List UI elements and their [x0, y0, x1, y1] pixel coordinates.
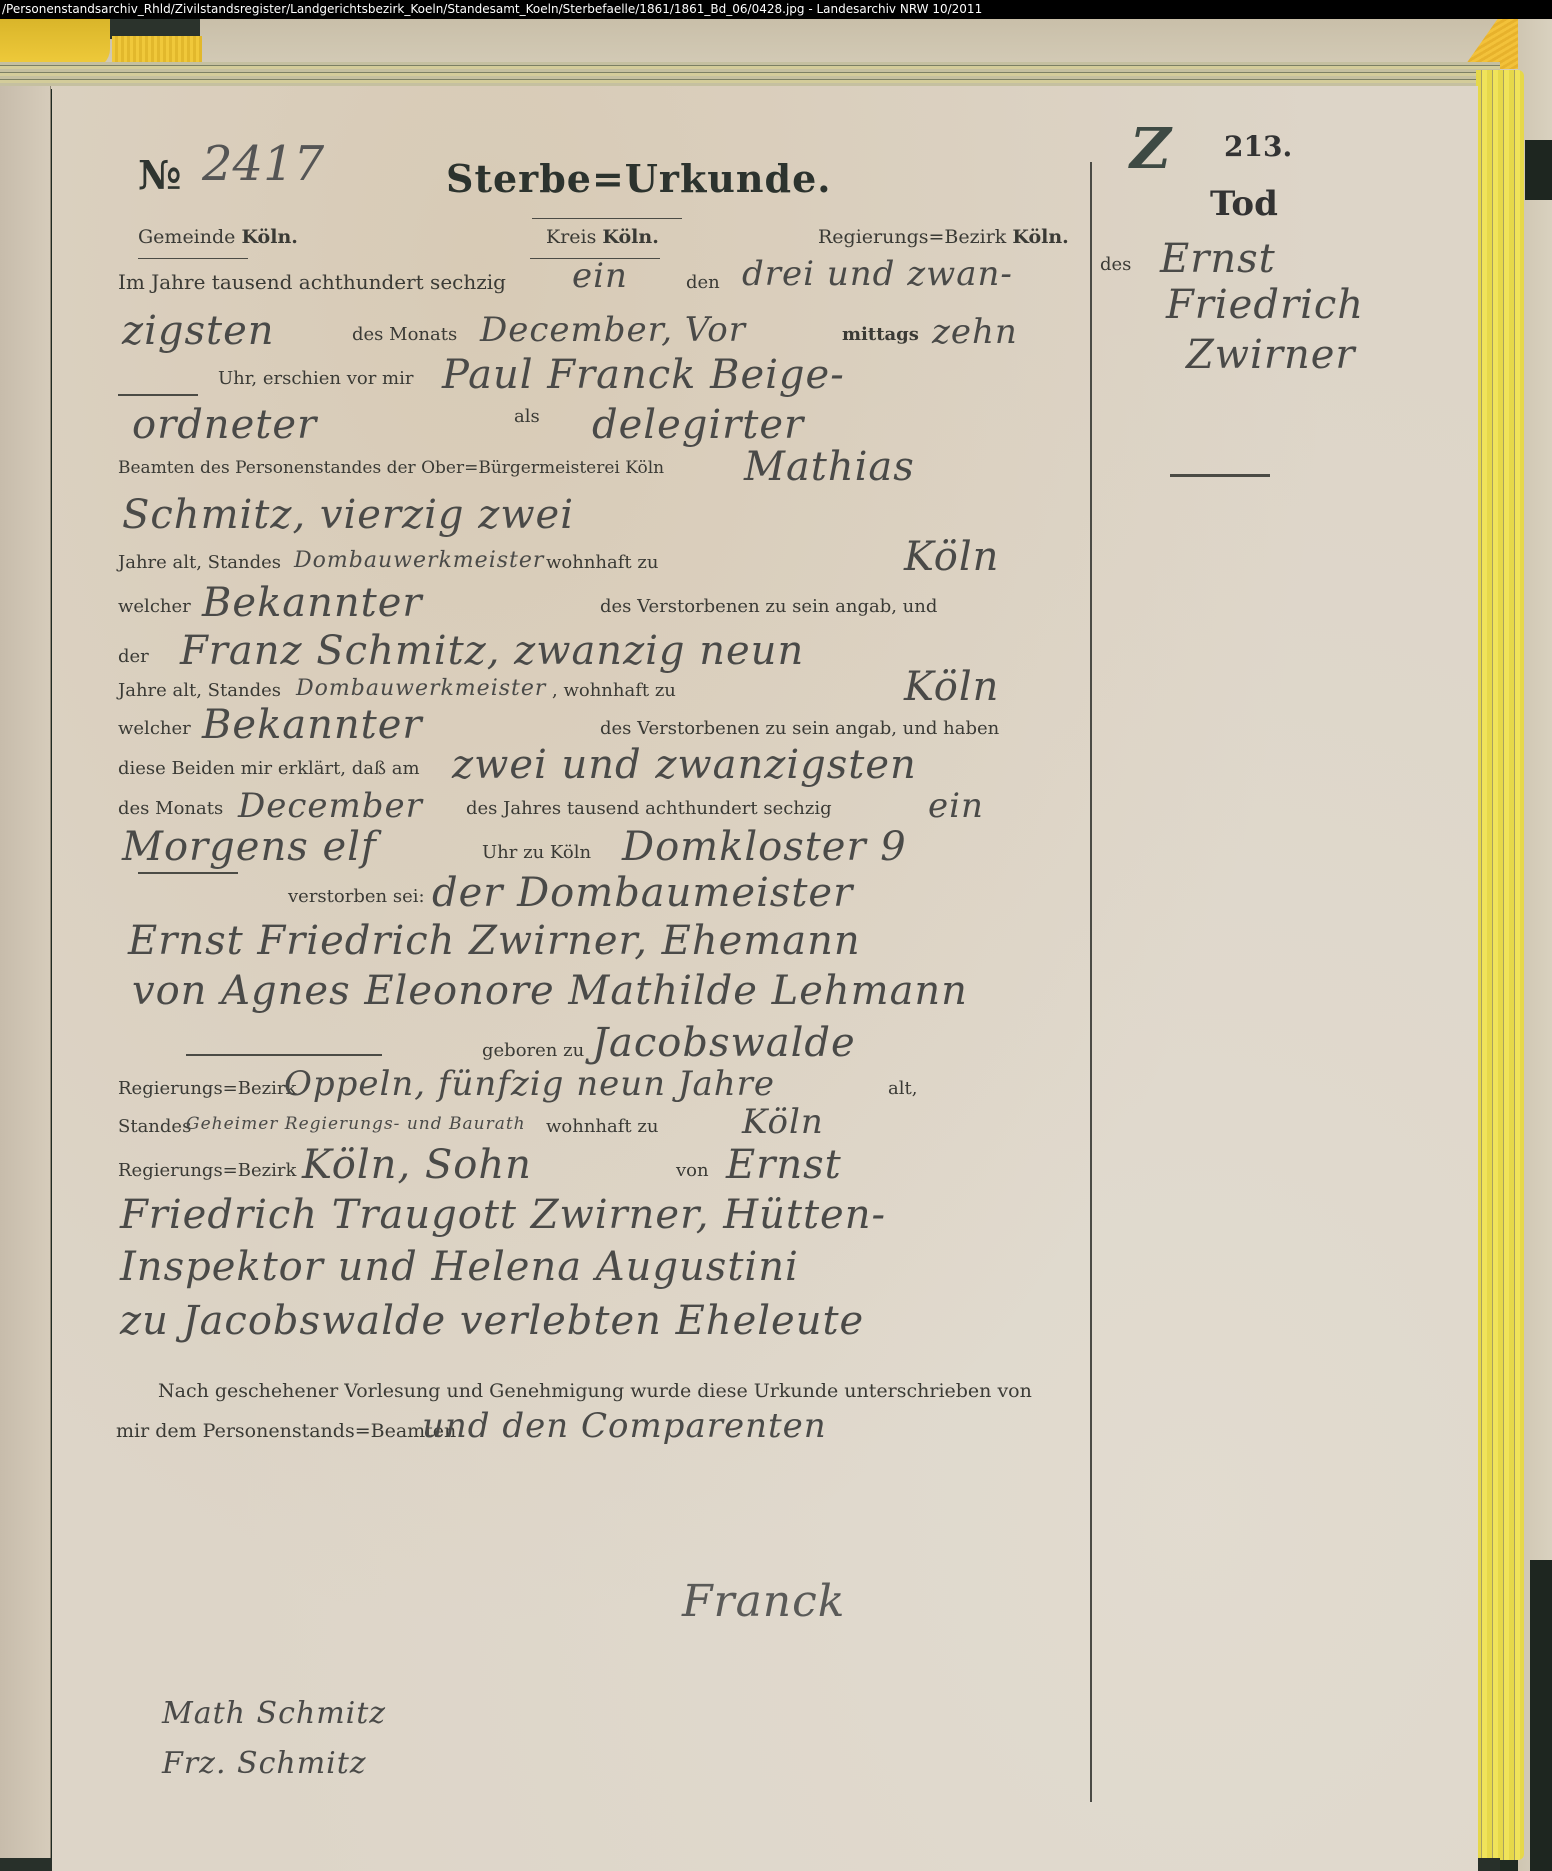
printed-text: Im Jahre tausend achthundert sechzig	[118, 270, 506, 294]
page-number: 213.	[1224, 130, 1292, 163]
document-title: Sterbe=Urkunde.	[446, 156, 832, 201]
cover-shadow-right	[1525, 140, 1552, 200]
number-label: №	[138, 152, 181, 199]
gemeinde-label: Gemeinde	[138, 226, 235, 248]
handwritten-entry: Geheimer Regierungs- und Baurath	[186, 1114, 526, 1134]
handwritten-entry: Dombauwerkmeister	[294, 548, 544, 573]
header-kreis: Kreis Köln.	[546, 226, 659, 248]
handwritten-entry: der Dombaumeister	[432, 870, 853, 916]
cover-shadow-right-bottom	[1530, 1560, 1552, 1871]
margin-heading-tod: Tod	[1210, 184, 1278, 224]
printed-text: der	[118, 646, 149, 667]
printed-text: Uhr zu Köln	[482, 842, 591, 863]
handwritten-entry: Köln	[904, 534, 999, 580]
handwritten-entry: December	[238, 786, 423, 826]
handwritten-entry: Dombauwerkmeister	[296, 676, 546, 701]
handwritten-entry: zigsten	[122, 308, 275, 354]
gemeinde-value: Köln.	[241, 226, 297, 248]
column-divider	[1090, 162, 1092, 1802]
closing-handwritten: und den Comparenten	[422, 1406, 827, 1446]
margin-des-label: des	[1100, 254, 1131, 275]
handwritten-entry: ein	[928, 786, 984, 826]
header-bezirk: Regierungs=Bezirk Köln.	[818, 226, 1069, 248]
handwritten-entry: ein	[572, 256, 628, 296]
blank-line-rule	[186, 1054, 382, 1056]
signature-official: Franck	[682, 1576, 845, 1627]
kreis-value: Köln.	[602, 226, 658, 248]
closing-text: Nach geschehener Vorlesung und Genehmigu…	[158, 1380, 1032, 1402]
printed-text: , wohnhaft zu	[552, 680, 676, 701]
printed-text: des Jahres tausend achthundert sechzig	[466, 798, 832, 819]
printed-text: Regierungs=Bezirk	[118, 1160, 296, 1181]
handwritten-entry: Friedrich Traugott Zwirner, Hütten-	[120, 1192, 886, 1238]
handwritten-entry: Domkloster 9	[622, 824, 907, 870]
handwritten-entry: zehn	[932, 312, 1018, 352]
handwritten-entry: zu Jacobswalde verlebten Eheleute	[120, 1298, 864, 1344]
title-underline	[532, 218, 682, 219]
kreis-label: Kreis	[546, 226, 596, 248]
printed-text: Standes	[118, 1116, 191, 1137]
margin-name-line: Friedrich	[1166, 282, 1364, 328]
blank-line-dash	[118, 394, 198, 396]
printed-text: alt,	[888, 1078, 917, 1099]
printed-text: welcher	[118, 718, 191, 739]
handwritten-entry: Paul Franck Beige-	[442, 352, 845, 398]
handwritten-entry: delegirter	[592, 402, 804, 448]
signature-witness-1: Math Schmitz	[162, 1696, 386, 1731]
handwritten-entry: zwei und zwanzigsten	[452, 742, 917, 788]
handwritten-entry: ordneter	[132, 402, 317, 448]
printed-text: Jahre alt, Standes	[118, 680, 281, 701]
handwritten-entry: December, Vor	[480, 310, 746, 350]
printed-text: den	[686, 272, 720, 293]
printed-text: des Verstorbenen zu sein angab, und	[600, 596, 937, 617]
printed-text: verstorben sei:	[288, 886, 425, 907]
handwritten-entry: drei und zwan-	[742, 254, 1013, 294]
handwritten-entry: Morgens elf	[122, 824, 377, 870]
handwritten-entry: Bekannter	[202, 702, 423, 748]
printed-text: des Monats	[352, 324, 457, 345]
printed-text: wohnhaft zu	[546, 1116, 658, 1137]
pencil-mark: Z	[1130, 116, 1172, 182]
printed-text: mittags	[842, 324, 919, 345]
printed-text: geboren zu	[482, 1040, 584, 1061]
printed-text: des Verstorbenen zu sein angab, und habe…	[600, 718, 999, 739]
blank-line-dash	[138, 872, 238, 874]
margin-name-line: Zwirner	[1186, 332, 1356, 378]
printed-text: Regierungs=Bezirk	[118, 1078, 296, 1099]
window-title-bar: /Personenstandsarchiv_Rhld/Zivilstandsre…	[0, 0, 1552, 19]
printed-text: als	[514, 406, 540, 427]
printed-text: Jahre alt, Standes	[118, 552, 281, 573]
margin-name-line: Ernst	[1160, 236, 1276, 282]
handwritten-entry: Mathias	[744, 444, 915, 490]
handwritten-entry: Inspektor und Helena Augustini	[120, 1244, 799, 1290]
handwritten-entry: Köln, Sohn	[302, 1142, 532, 1188]
handwritten-entry: Franz Schmitz, zwanzig neun	[180, 628, 804, 674]
handwritten-entry: Köln	[742, 1102, 824, 1142]
printed-text: Uhr, erschien vor mir	[218, 368, 414, 389]
header-gemeinde: Gemeinde Köln.	[138, 226, 298, 248]
page-stack-top-edges	[0, 62, 1500, 86]
printed-text: des Monats	[118, 798, 223, 819]
margin-end-rule	[1170, 474, 1270, 477]
facing-page-edge	[0, 86, 51, 1871]
printed-text: diese Beiden mir erklärt, daß am	[118, 758, 420, 779]
handwritten-entry: Köln	[904, 664, 999, 710]
printed-text: welcher	[118, 596, 191, 617]
handwritten-entry: Ernst	[726, 1142, 842, 1188]
certificate-number: 2417	[202, 136, 324, 192]
bezirk-value: Köln.	[1012, 226, 1068, 248]
handwritten-entry: Schmitz, vierzig zwei	[122, 492, 574, 538]
signature-witness-2: Frz. Schmitz	[162, 1746, 367, 1781]
handwritten-entry: Bekannter	[202, 580, 423, 626]
printed-text: von	[676, 1160, 709, 1181]
handwritten-entry: Ernst Friedrich Zwirner, Ehemann	[128, 918, 861, 964]
handwritten-entry: Jacobswalde	[592, 1020, 856, 1066]
printed-text: Beamten des Personenstandes der Ober=Bür…	[118, 458, 664, 478]
handwritten-entry: Oppeln, fünfzig neun Jahre	[284, 1064, 775, 1104]
page-stack-yellow-edges	[1476, 70, 1524, 1860]
printed-text: wohnhaft zu	[546, 552, 658, 573]
document-page: № 2417 Sterbe=Urkunde. Gemeinde Köln. Kr…	[52, 86, 1478, 1871]
closing-text-official: mir dem Personenstands=Beamten	[116, 1420, 456, 1442]
handwritten-entry: von Agnes Eleonore Mathilde Lehmann	[132, 968, 968, 1014]
bezirk-label: Regierungs=Bezirk	[818, 226, 1006, 248]
gemeinde-underline	[138, 258, 248, 259]
